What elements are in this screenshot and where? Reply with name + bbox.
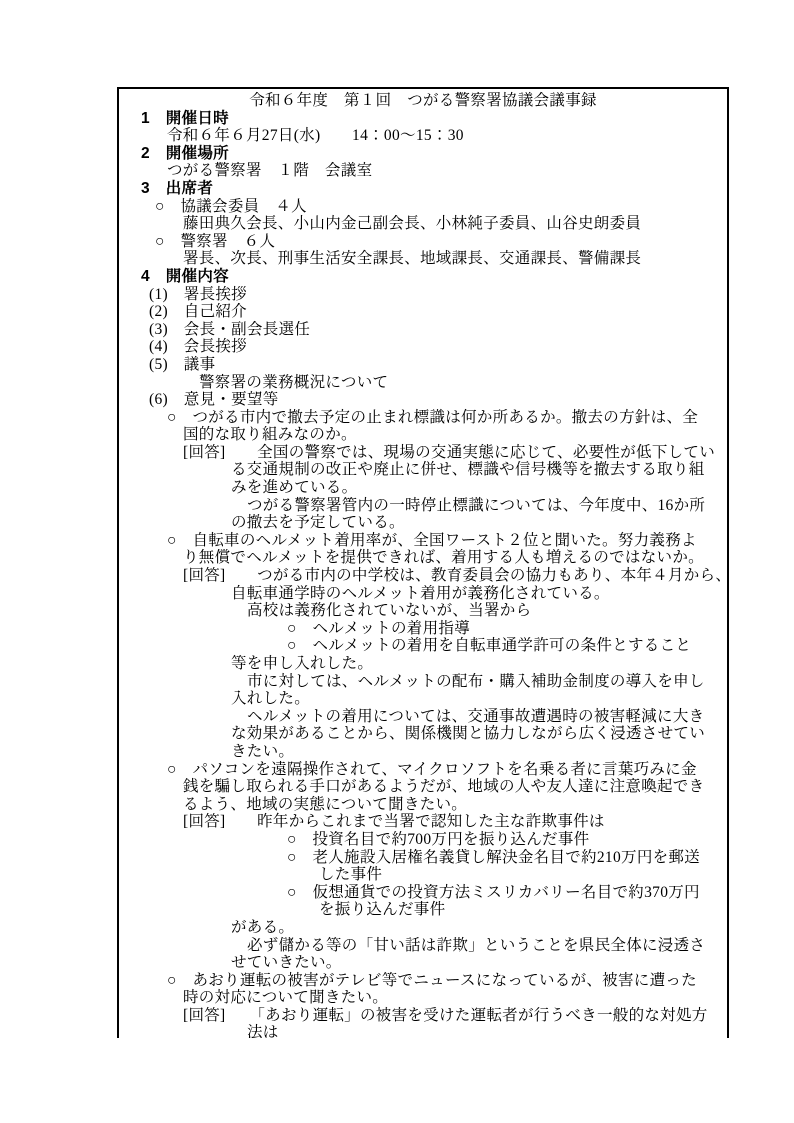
doc-line: (1) 署長挨拶 xyxy=(149,286,721,304)
doc-line: (4) 会長挨拶 xyxy=(149,338,721,356)
doc-line: [回答] 昨年からこれまで当署で認知した主な詐欺事件は xyxy=(183,813,721,831)
doc-line: した事件 xyxy=(319,866,721,884)
doc-line: つがる警察署管内の一時停止標識については、今年度中、16か所 xyxy=(247,497,721,515)
doc-line: 署長、次長、刑事生活安全課長、地域課長、交通課長、警備課長 xyxy=(183,250,721,268)
doc-line: ○ 仮想通貨での投資方法ミスリカバリー名目で約370万円 xyxy=(287,884,721,902)
doc-line: きたい。 xyxy=(231,743,721,761)
doc-line: ○ 自転車のヘルメット着用率が、全国ワースト２位と聞いた。努力義務よ xyxy=(167,532,721,550)
doc-line: ヘルメットの着用については、交通事故遭遇時の被害軽減に大き xyxy=(247,708,721,726)
doc-line: ○ ヘルメットの着用指導 xyxy=(287,620,721,638)
doc-line: (6) 意見・要望等 xyxy=(149,391,721,409)
doc-line: 藤田典久会長、小山内金己副会長、小林純子委員、山谷史朗委員 xyxy=(183,215,721,233)
doc-line: (5) 議事 xyxy=(149,356,721,374)
doc-line: を振り込んだ事件 xyxy=(319,901,721,919)
doc-line: みを進めている。 xyxy=(231,479,721,497)
page: { "colors": { "text": "#000000", "border… xyxy=(0,0,794,1123)
doc-line: 4 開催内容 xyxy=(141,268,721,286)
doc-line: ○ 警察署 ６人 xyxy=(155,233,721,251)
doc-line: 自転車通学時のヘルメット着用が義務化されている。 xyxy=(231,585,721,603)
doc-line: ○ あおり運転の被害がテレビ等でニュースになっているが、被害に遭った xyxy=(167,972,721,990)
doc-line: 市に対しては、ヘルメットの配布・購入補助金制度の導入を申し xyxy=(247,673,721,691)
doc-line: [回答] 全国の警察では、現場の交通実態に応じて、必要性が低下してい xyxy=(183,444,721,462)
doc-line: ○ 協議会委員 ４人 xyxy=(155,198,721,216)
doc-line: 2 開催場所 xyxy=(141,145,721,163)
doc-line: るよう、地域の実態について聞きたい。 xyxy=(183,796,721,814)
doc-line: 警察署の業務概況について xyxy=(199,374,721,392)
doc-line: がある。 xyxy=(231,919,721,937)
doc-line: [回答] 「あおり運転」の被害を受けた運転者が行うべき一般的な対処方 xyxy=(183,1007,721,1025)
doc-line: ○ 投資名目で約700万円を振り込んだ事件 xyxy=(287,831,721,849)
doc-line: ○ パソコンを遠隔操作されて、マイクロソフトを名乗る者に言葉巧みに金 xyxy=(167,761,721,779)
doc-line: (2) 自己紹介 xyxy=(149,303,721,321)
doc-line: ○ ヘルメットの着用を自転車通学許可の条件とすること xyxy=(287,637,721,655)
doc-line: ○ つがる市内で撤去予定の止まれ標識は何か所あるか。撤去の方針は、全 xyxy=(167,409,721,427)
doc-line: の撤去を予定している。 xyxy=(231,514,721,532)
doc-line: 国的な取り組みなのか。 xyxy=(183,426,721,444)
doc-line: り無償でヘルメットを提供できれば、着用する人も増えるのではないか。 xyxy=(183,549,721,567)
doc-line: な効果があることから、関係機関と協力しながら広く浸透させてい xyxy=(231,725,721,743)
doc-line: (3) 会長・副会長選任 xyxy=(149,321,721,339)
doc-line: 高校は義務化されていないが、当署から xyxy=(247,602,721,620)
doc-line: る交通規制の改正や廃止に併せ、標識や信号機等を撤去する取り組 xyxy=(231,461,721,479)
doc-line: 法は xyxy=(247,1024,721,1038)
doc-line: [回答] つがる市内の中学校は、教育委員会の協力もあり、本年４月から、 xyxy=(183,567,721,585)
doc-line: 3 出席者 xyxy=(141,180,721,198)
doc-line: 必ず儲かる等の「甘い話は詐欺」ということを県民全体に浸透さ xyxy=(247,937,721,955)
doc-line: 時の対応について聞きたい。 xyxy=(183,989,721,1007)
doc-line: つがる警察署 １階 会議室 xyxy=(167,162,721,180)
doc-line: 令和６年６月27日(水) 14：00～15：30 xyxy=(167,127,721,145)
doc-line: 入れした。 xyxy=(231,690,721,708)
doc-line: 銭を騙し取られる手口があるようだが、地域の人や友人達に注意喚起でき xyxy=(183,778,721,796)
doc-title: 令和６年度 第１回 つがる警察署協議会議事録 xyxy=(125,92,721,110)
doc-line: せていきたい。 xyxy=(231,954,721,972)
doc-line: 等を申し入れした。 xyxy=(231,655,721,673)
doc-line: 1 開催日時 xyxy=(141,110,721,128)
minutes-table-cell: 令和６年度 第１回 つがる警察署協議会議事録1 開催日時令和６年６月27日(水)… xyxy=(117,87,729,1038)
doc-line: ○ 老人施設入居権名義貸し解決金名目で約210万円を郵送 xyxy=(287,849,721,867)
document-body: 令和６年度 第１回 つがる警察署協議会議事録1 開催日時令和６年６月27日(水)… xyxy=(125,92,721,1038)
